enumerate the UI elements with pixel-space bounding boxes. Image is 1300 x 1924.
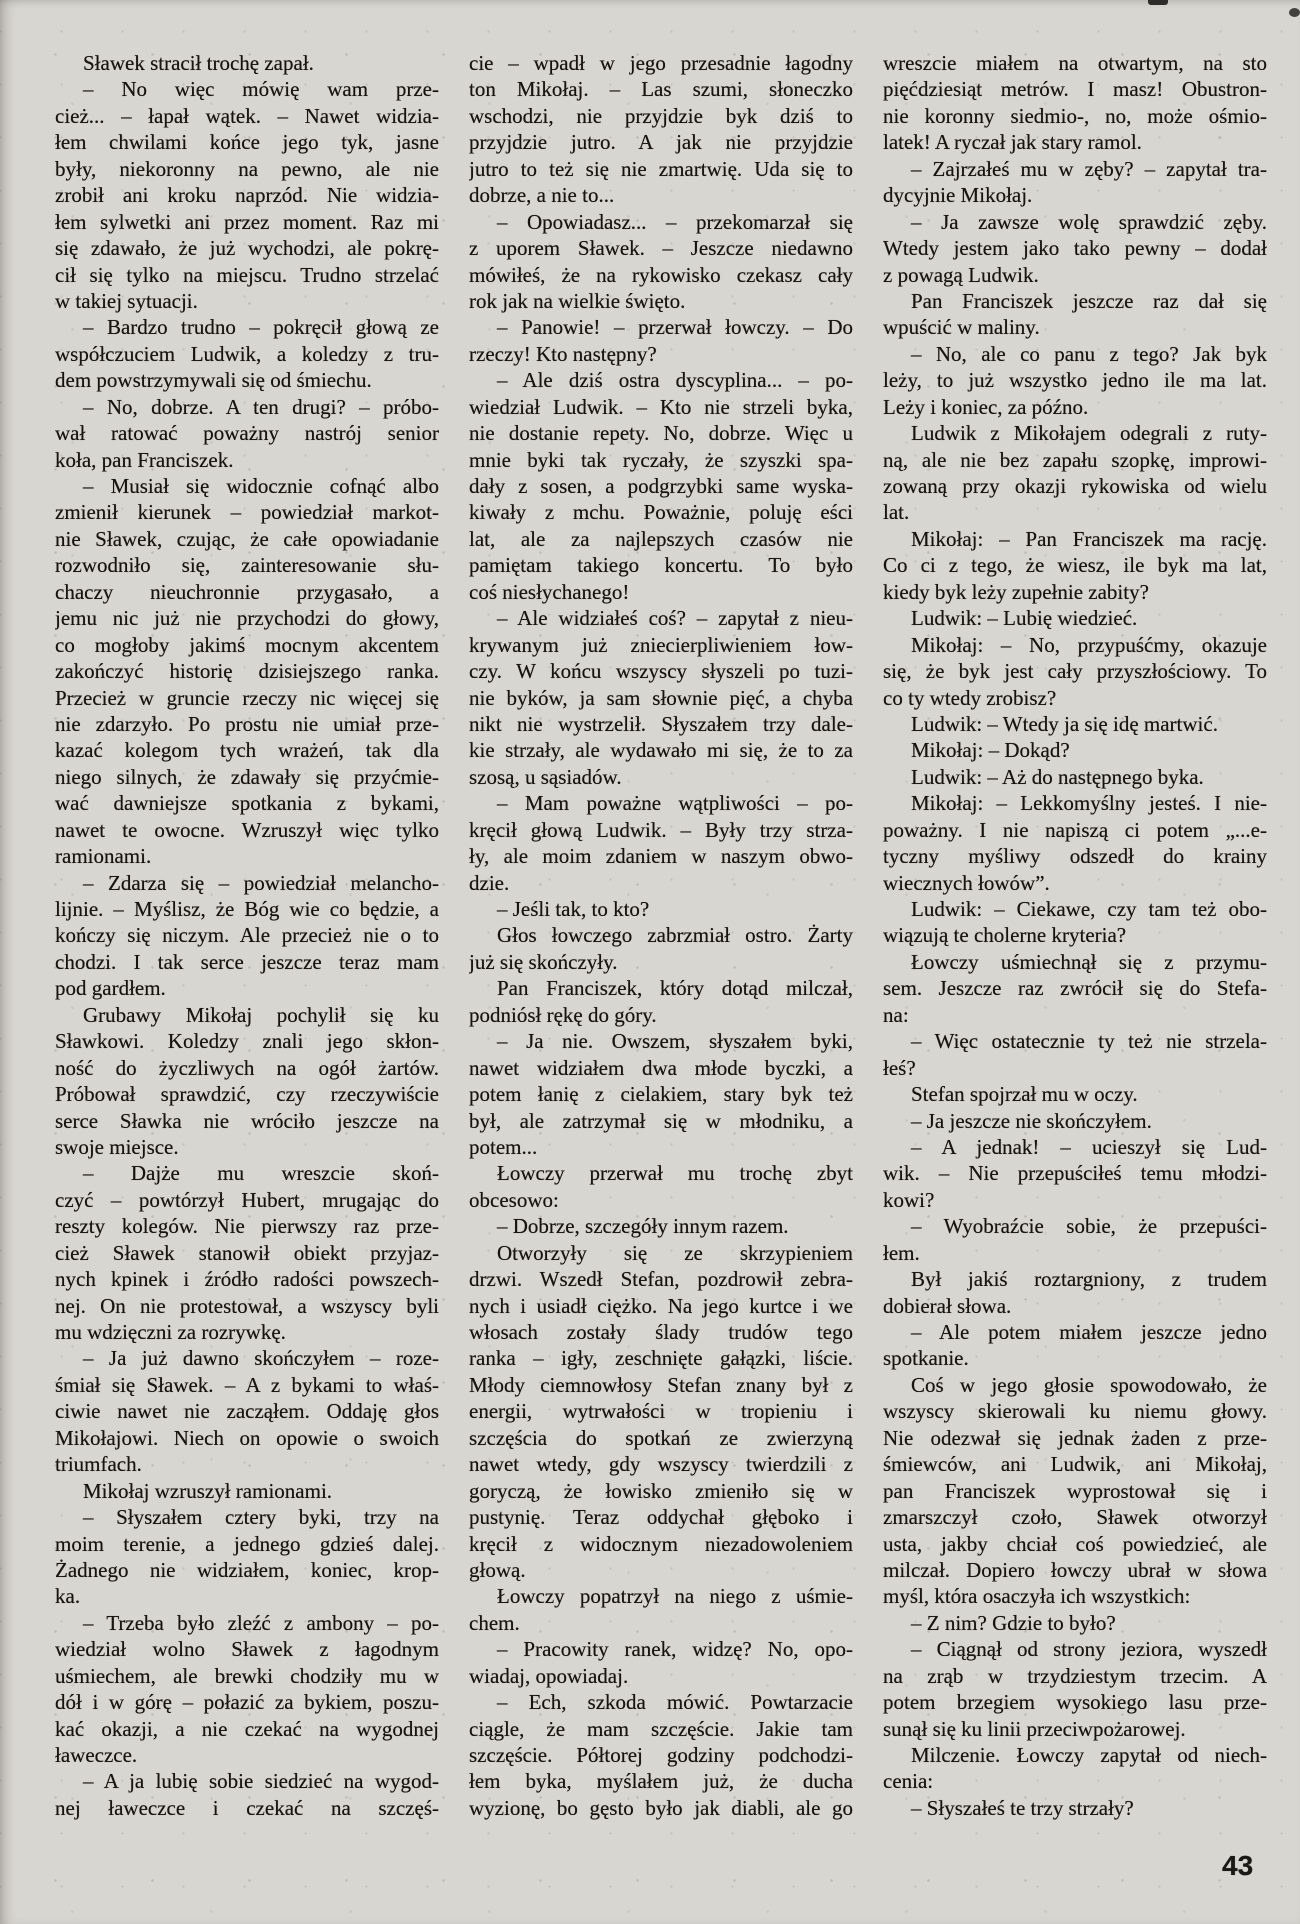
text-line: rzeczy! Kto następny? bbox=[469, 341, 853, 367]
text-line: – Ja nie. Owszem, słyszałem byki, bbox=[469, 1028, 853, 1054]
text-line: wyzionę, bo gęsto było jak diabli, ale g… bbox=[469, 1795, 853, 1821]
text-line: wiedział wolno Sławek z łagodnym bbox=[55, 1636, 439, 1662]
text-line: kać okazji, a nie czekać na wygodnej bbox=[55, 1716, 439, 1742]
text-block: Sławek stracił trochę zapał.– No więc mó… bbox=[55, 50, 1267, 1821]
text-line: wiadaj, opowiadaj. bbox=[469, 1663, 853, 1689]
text-line: podniósł rękę do góry. bbox=[469, 1002, 853, 1028]
text-line: ność do życzliwych na ogół żartów. bbox=[55, 1055, 439, 1081]
text-line: ka. bbox=[55, 1583, 439, 1609]
text-line: rok jak na wielkie święto. bbox=[469, 288, 853, 314]
text-line: potem... bbox=[469, 1134, 853, 1160]
text-line: nawet te owocne. Wzruszył więc tylko bbox=[55, 817, 439, 843]
text-line: mu wdzięczni za rozrywkę. bbox=[55, 1319, 439, 1345]
text-line: ciągle, że mam szczęście. Jakie tam bbox=[469, 1716, 853, 1742]
text-line: pod gardłem. bbox=[55, 975, 439, 1001]
text-line: kiwały z mchu. Poważnie, poluję eści bbox=[469, 499, 853, 525]
text-line: mnie byki tak ryczały, że szyszki spa- bbox=[469, 447, 853, 473]
text-line: latek! A ryczał jak stary ramol. bbox=[883, 129, 1267, 155]
text-line: jutro to też się nie zmartwię. Uda się t… bbox=[469, 156, 853, 182]
text-line: swoje miejsce. bbox=[55, 1134, 439, 1160]
text-line: wał ratować poważny nastrój senior bbox=[55, 420, 439, 446]
text-line: współczuciem Ludwik, a koledzy z tru- bbox=[55, 341, 439, 367]
text-line: nawet widziałem dwa młode byczki, a bbox=[469, 1055, 853, 1081]
text-line: leży, to już wszystko jedno ile ma lat. bbox=[883, 367, 1267, 393]
text-line: Pan Franciszek, który dotąd milczał, bbox=[469, 975, 853, 1001]
text-line: – Zdarza się – powiedział melancho- bbox=[55, 870, 439, 896]
text-line: Mikołaj: – Pan Franciszek ma rację. bbox=[883, 526, 1267, 552]
text-line: Co ci z tego, że wiesz, ile byk ma lat, bbox=[883, 552, 1267, 578]
text-column: Sławek stracił trochę zapał.– No więc mó… bbox=[55, 50, 439, 1821]
text-line: nej. On nie protestował, a wszyscy byli bbox=[55, 1293, 439, 1319]
text-line: Grubawy Mikołaj pochylił się ku bbox=[55, 1002, 439, 1028]
text-line: kiedy byk leży zupełnie zabity? bbox=[883, 579, 1267, 605]
text-line: Sławek stracił trochę zapał. bbox=[55, 50, 439, 76]
text-line: Wtedy jestem jako tako pewny – dodał bbox=[883, 235, 1267, 261]
text-line: zowaną przy okazji rykowiska od wielu bbox=[883, 473, 1267, 499]
text-line: – Ja zawsze wolę sprawdzić zęby. bbox=[883, 209, 1267, 235]
text-line: Pan Franciszek jeszcze raz dał się bbox=[883, 288, 1267, 314]
text-line: uśmiechem, ale brewki chodziły mu w bbox=[55, 1663, 439, 1689]
text-line: – Bardzo trudno – pokręcił głową ze bbox=[55, 314, 439, 340]
text-line: łem byka, myślałem już, że ducha bbox=[469, 1768, 853, 1794]
text-line: cie – wpadł w jego przesadnie łagodny bbox=[469, 50, 853, 76]
text-line: wiedział Ludwik. – Kto nie strzeli byka, bbox=[469, 394, 853, 420]
text-line: nie Sławek, czując, że całe opowiadanie bbox=[55, 526, 439, 552]
text-line: lat. bbox=[883, 499, 1267, 525]
text-line: poważny. I nie napiszą ci potem „...e- bbox=[883, 817, 1267, 843]
text-line: nej ławeczce i czekać na szczęś- bbox=[55, 1795, 439, 1821]
text-line: – Trzeba było zleźć z ambony – po- bbox=[55, 1610, 439, 1636]
text-line: serce Sławka nie wróciło jeszcze na bbox=[55, 1108, 439, 1134]
text-line: potem brzegiem wysokiego lasu prze- bbox=[883, 1689, 1267, 1715]
text-line: Głos łowczego zabrzmiał ostro. Żarty bbox=[469, 922, 853, 948]
text-line: czyć – powtórzył Hubert, mrugając do bbox=[55, 1187, 439, 1213]
text-line: wpuścić w maliny. bbox=[883, 314, 1267, 340]
text-line: dycyjnie Mikołaj. bbox=[883, 182, 1267, 208]
text-line: Mikołaj wzruszył ramionami. bbox=[55, 1478, 439, 1504]
text-line: kazać kolegom tych wrażeń, tak dla bbox=[55, 737, 439, 763]
text-line: były, niekoronny na pewno, ale nie bbox=[55, 156, 439, 182]
text-line: lat, ale za najlepszych czasów nie bbox=[469, 526, 853, 552]
text-line: sem. Jeszcze raz zwrócił się do Stefa- bbox=[883, 975, 1267, 1001]
text-line: Ludwik: – Ciekawe, czy tam też obo- bbox=[883, 896, 1267, 922]
text-line: nie dostanie repety. No, dobrze. Więc u bbox=[469, 420, 853, 446]
text-line: łeś? bbox=[883, 1055, 1267, 1081]
text-line: nie byków, ja sam słownie pięć, a chyba bbox=[469, 685, 853, 711]
text-line: wik. – Nie przepuściłeś temu młodzi- bbox=[883, 1160, 1267, 1186]
text-line: – Jeśli tak, to kto? bbox=[469, 896, 853, 922]
text-line: Nie odezwał się jednak żaden z prze- bbox=[883, 1425, 1267, 1451]
text-line: Leży i koniec, za późno. bbox=[883, 394, 1267, 420]
text-line: – No, ale co panu z tego? Jak byk bbox=[883, 341, 1267, 367]
text-line: ranka – igły, zeschnięte gałązki, liście… bbox=[469, 1345, 853, 1371]
text-line: nych i usiadł ciężko. Na jego kurtce i w… bbox=[469, 1293, 853, 1319]
text-line: – Ale dziś ostra dyscyplina... – po- bbox=[469, 367, 853, 393]
text-line: przyjdzie jutro. A jak nie przyjdzie bbox=[469, 129, 853, 155]
text-line: ton Mikołaj. – Las szumi, słoneczko bbox=[469, 76, 853, 102]
text-line: niego silnych, że zdawały się przyćmie- bbox=[55, 764, 439, 790]
text-line: się zdawało, że już wychodzi, ale pokrę- bbox=[55, 235, 439, 261]
text-line: wszyscy skierowali ku niemu głowy. bbox=[883, 1398, 1267, 1424]
text-line: śmiał się Sławek. – A z bykami to właś- bbox=[55, 1372, 439, 1398]
text-line: – Pracowity ranek, widzę? No, opo- bbox=[469, 1636, 853, 1662]
text-line: Łowczy uśmiechnął się z przymu- bbox=[883, 949, 1267, 975]
text-line: – Panowie! – przerwał łowczy. – Do bbox=[469, 314, 853, 340]
text-line: kowi? bbox=[883, 1187, 1267, 1213]
text-line: Ludwik z Mikołajem odegrali z ruty- bbox=[883, 420, 1267, 446]
text-line: – Dajże mu wreszcie skoń- bbox=[55, 1160, 439, 1186]
text-line: – Z nim? Gdzie to było? bbox=[883, 1610, 1267, 1636]
text-line: coś niesłychanego! bbox=[469, 579, 853, 605]
text-line: – Opowiadasz... – przekomarzał się bbox=[469, 209, 853, 235]
text-line: pamiętam takiego koncertu. To było bbox=[469, 552, 853, 578]
text-line: włosach zostały ślady trudów tego bbox=[469, 1319, 853, 1345]
text-line: śmiewców, ani Ludwik, ani Mikołaj, bbox=[883, 1451, 1267, 1477]
text-line: mówiłeś, że na rykowisko czekasz cały bbox=[469, 262, 853, 288]
text-line: na: bbox=[883, 1002, 1267, 1028]
text-line: myśl, która osaczyła ich wszystkich: bbox=[883, 1583, 1267, 1609]
text-line: nie zdarzyło. Po prostu nie umiał prze- bbox=[55, 711, 439, 737]
text-line: zrobił ani kroku naprzód. Nie widzia- bbox=[55, 182, 439, 208]
text-line: ciwie nawet nie zacząłem. Oddaję głos bbox=[55, 1398, 439, 1424]
text-column: cie – wpadł w jego przesadnie łagodnyton… bbox=[469, 50, 853, 1821]
text-line: spotkanie. bbox=[883, 1345, 1267, 1371]
text-line: Ludwik: – Aż do następnego byka. bbox=[883, 764, 1267, 790]
text-line: dzie. bbox=[469, 870, 853, 896]
text-line: dały z sosen, a podgrzybki same wyska- bbox=[469, 473, 853, 499]
text-line: dół i w górę – połazić za bykiem, poszu- bbox=[55, 1689, 439, 1715]
text-line: czy. W końcu wszyscy słyszeli po tuzi- bbox=[469, 658, 853, 684]
text-line: Sławkowi. Koledzy znali jego skłon- bbox=[55, 1028, 439, 1054]
text-line: pan Franciszek wyprostował się i bbox=[883, 1478, 1267, 1504]
text-line: był, ale zatrzymał się w młodniku, a bbox=[469, 1108, 853, 1134]
text-line: w takiej sytuacji. bbox=[55, 288, 439, 314]
text-line: reszty kolegów. Nie pierwszy raz prze- bbox=[55, 1213, 439, 1239]
text-line: Mikołajowi. Niech on opowie o swoich bbox=[55, 1425, 439, 1451]
text-line: chodzi. I tak serce jeszcze teraz mam bbox=[55, 949, 439, 975]
text-line: sunął się ku linii przeciwpożarowej. bbox=[883, 1716, 1267, 1742]
text-line: – No więc mówię wam prze- bbox=[55, 76, 439, 102]
text-line: wschodzi, nie przyjdzie byk dziś to bbox=[469, 103, 853, 129]
text-line: nie koronny siedmio-, no, może ośmio- bbox=[883, 103, 1267, 129]
page-number: 43 bbox=[1222, 1850, 1253, 1882]
text-line: drzwi. Wszedł Stefan, pozdrowił zebra- bbox=[469, 1266, 853, 1292]
text-line: wać dawniejsze spotkania z bykami, bbox=[55, 790, 439, 816]
text-line: potem łanię z cielakiem, stary byk też bbox=[469, 1081, 853, 1107]
text-line: ną, ale nie bez zapału szopkę, improwi- bbox=[883, 447, 1267, 473]
text-line: nawet wtedy, gdy wszyscy twierdzili z bbox=[469, 1451, 853, 1477]
text-line: – Musiał się widocznie cofnąć albo bbox=[55, 473, 439, 499]
text-line: się, że byk jest cały przyszłościowy. To bbox=[883, 658, 1267, 684]
text-line: koła, pan Franciszek. bbox=[55, 447, 439, 473]
text-line: zakończyć historię dzisiejszego ranka. bbox=[55, 658, 439, 684]
text-line: Ludwik: – Lubię wiedzieć. bbox=[883, 605, 1267, 631]
text-line: wiązują te cholerne kryteria? bbox=[883, 922, 1267, 948]
text-line: – Ale widziałeś coś? – zapytał z nieu- bbox=[469, 605, 853, 631]
text-line: dem powstrzymywali się od śmiechu. bbox=[55, 367, 439, 393]
text-line: kręcił głową Ludwik. – Były trzy strza- bbox=[469, 817, 853, 843]
text-line: – Słyszałeś te trzy strzały? bbox=[883, 1795, 1267, 1821]
scan-artifact bbox=[1148, 0, 1168, 5]
text-line: pięćdziesiąt metrów. I masz! Obustron- bbox=[883, 76, 1267, 102]
text-line: tyczny myśliwy odszedł do krainy bbox=[883, 843, 1267, 869]
magazine-page: Sławek stracił trochę zapał.– No więc mó… bbox=[0, 0, 1300, 1924]
text-line: – Ciągnął od strony jeziora, wyszedł bbox=[883, 1636, 1267, 1662]
text-line: milczał. Dopiero łowczy ubrał w słowa bbox=[883, 1557, 1267, 1583]
text-line: na zrąb w trzydziestym trzecim. A bbox=[883, 1663, 1267, 1689]
text-line: Mikołaj: – No, przypuśćmy, okazuje bbox=[883, 632, 1267, 658]
text-line: – Ech, szkoda mówić. Powtarzacie bbox=[469, 1689, 853, 1715]
text-line: – Ale potem miałem jeszcze jedno bbox=[883, 1319, 1267, 1345]
text-line: Mikołaj: – Dokąd? bbox=[883, 737, 1267, 763]
text-line: – Ja jeszcze nie skończyłem. bbox=[883, 1108, 1267, 1134]
text-line: co mogłoby jakimś mocnym akcentem bbox=[55, 632, 439, 658]
text-line: Próbował sprawdzić, czy rzeczywiście bbox=[55, 1081, 439, 1107]
text-line: nikt nie wystrzelił. Słyszałem trzy dale… bbox=[469, 711, 853, 737]
text-line: triumfach. bbox=[55, 1451, 439, 1477]
text-line: Mikołaj: – Lekkomyślny jesteś. I nie- bbox=[883, 790, 1267, 816]
text-line: – A ja lubię sobie siedzieć na wygod- bbox=[55, 1768, 439, 1794]
text-line: z uporem Sławek. – Jeszcze niedawno bbox=[469, 235, 853, 261]
text-line: ramionami. bbox=[55, 843, 439, 869]
text-line: zmienił kierunek – powiedział markot- bbox=[55, 499, 439, 525]
text-line: Łowczy popatrzył na niego z uśmie- bbox=[469, 1583, 853, 1609]
text-line: Żadnego nie widziałem, koniec, krop- bbox=[55, 1557, 439, 1583]
text-line: z powagą Ludwik. bbox=[883, 262, 1267, 288]
text-line: szosą, u sąsiadów. bbox=[469, 764, 853, 790]
text-line: ławeczce. bbox=[55, 1742, 439, 1768]
text-line: Ludwik: – Wtedy ja się idę martwić. bbox=[883, 711, 1267, 737]
text-line: ły, ale moim zdaniem w naszym obwo- bbox=[469, 843, 853, 869]
text-line: głową. bbox=[469, 1557, 853, 1583]
text-line: szczęście. Półtorej godziny podchodzi- bbox=[469, 1742, 853, 1768]
text-line: kończy się niczym. Ale przecież nie o to bbox=[55, 922, 439, 948]
text-line: – Słyszałem cztery byki, trzy na bbox=[55, 1504, 439, 1530]
text-line: dobrze, a nie to... bbox=[469, 182, 853, 208]
text-line: – Więc ostatecznie ty też nie strzela- bbox=[883, 1028, 1267, 1054]
text-line: – Mam poważne wątpliwości – po- bbox=[469, 790, 853, 816]
scan-artifact bbox=[1289, 8, 1300, 17]
text-line: usta, jakby chciał coś powiedzieć, ale bbox=[883, 1531, 1267, 1557]
text-line: Otworzyły się ze skrzypieniem bbox=[469, 1240, 853, 1266]
text-line: zmarszczył czoło, Sławek otworzył bbox=[883, 1504, 1267, 1530]
text-line: Młody ciemnowłosy Stefan znany był z bbox=[469, 1372, 853, 1398]
text-line: dobierał słowa. bbox=[883, 1293, 1267, 1319]
text-line: lijnie. – Myślisz, że Bóg wie co będzie,… bbox=[55, 896, 439, 922]
text-line: – Wyobraźcie sobie, że przepuści- bbox=[883, 1213, 1267, 1239]
text-line: cież... – łapał wątek. – Nawet widzia- bbox=[55, 103, 439, 129]
text-line: energii, wytrwałości w tropieniu i bbox=[469, 1398, 853, 1424]
text-line: wreszcie miałem na otwartym, na sto bbox=[883, 50, 1267, 76]
text-line: krywanym już zniecierpliwieniem łow- bbox=[469, 632, 853, 658]
text-line: – A jednak! – ucieszył się Lud- bbox=[883, 1134, 1267, 1160]
text-line: cież Sławek stanowił obiekt przyjaz- bbox=[55, 1240, 439, 1266]
text-line: wiecznych łowów”. bbox=[883, 870, 1267, 896]
text-line: Był jakiś roztargniony, z trudem bbox=[883, 1266, 1267, 1292]
text-line: kręcił z widocznym niezadowoleniem bbox=[469, 1531, 853, 1557]
text-line: – Zajrzałeś mu w zęby? – zapytał tra- bbox=[883, 156, 1267, 182]
text-line: szczęścia do spotkań ze zwierzyną bbox=[469, 1425, 853, 1451]
text-line: moim terenie, a jednego gdzieś dalej. bbox=[55, 1531, 439, 1557]
text-line: rozwodniło się, zainteresowanie słu- bbox=[55, 552, 439, 578]
text-line: co ty wtedy zrobisz? bbox=[883, 685, 1267, 711]
text-line: – Ja już dawno skończyłem – roze- bbox=[55, 1345, 439, 1371]
text-line: Milczenie. Łowczy zapytał od niech- bbox=[883, 1742, 1267, 1768]
text-line: jemu nic już nie przychodzi do głowy, bbox=[55, 605, 439, 631]
text-line: Łowczy przerwał mu trochę zbyt bbox=[469, 1160, 853, 1186]
text-line: – Dobrze, szczegóły innym razem. bbox=[469, 1213, 853, 1239]
text-line: chem. bbox=[469, 1610, 853, 1636]
text-line: – No, dobrze. A ten drugi? – próbo- bbox=[55, 394, 439, 420]
text-line: obcesowo: bbox=[469, 1187, 853, 1213]
text-line: Przecież w gruncie rzeczy nic więcej się bbox=[55, 685, 439, 711]
text-line: pustynię. Teraz oddychał głęboko i bbox=[469, 1504, 853, 1530]
text-line: już się skończyły. bbox=[469, 949, 853, 975]
text-line: goryczą, że łowisko zmieniło się w bbox=[469, 1478, 853, 1504]
text-line: łem sylwetki ani przez moment. Raz mi bbox=[55, 209, 439, 235]
text-line: łem chwilami końce jego tyk, jasne bbox=[55, 129, 439, 155]
text-line: nych kpinek i źródło radości powszech- bbox=[55, 1266, 439, 1292]
text-column: wreszcie miałem na otwartym, na stopięćd… bbox=[883, 50, 1267, 1821]
text-line: chaczy nieuchronnie przygasało, a bbox=[55, 579, 439, 605]
text-line: kie strzały, ale wydawało mi się, że to … bbox=[469, 737, 853, 763]
text-line: Coś w jego głosie spowodowało, że bbox=[883, 1372, 1267, 1398]
text-line: łem. bbox=[883, 1240, 1267, 1266]
text-line: cił się tylko na miejscu. Trudno strzela… bbox=[55, 262, 439, 288]
text-line: cenia: bbox=[883, 1768, 1267, 1794]
text-line: Stefan spojrzał mu w oczy. bbox=[883, 1081, 1267, 1107]
